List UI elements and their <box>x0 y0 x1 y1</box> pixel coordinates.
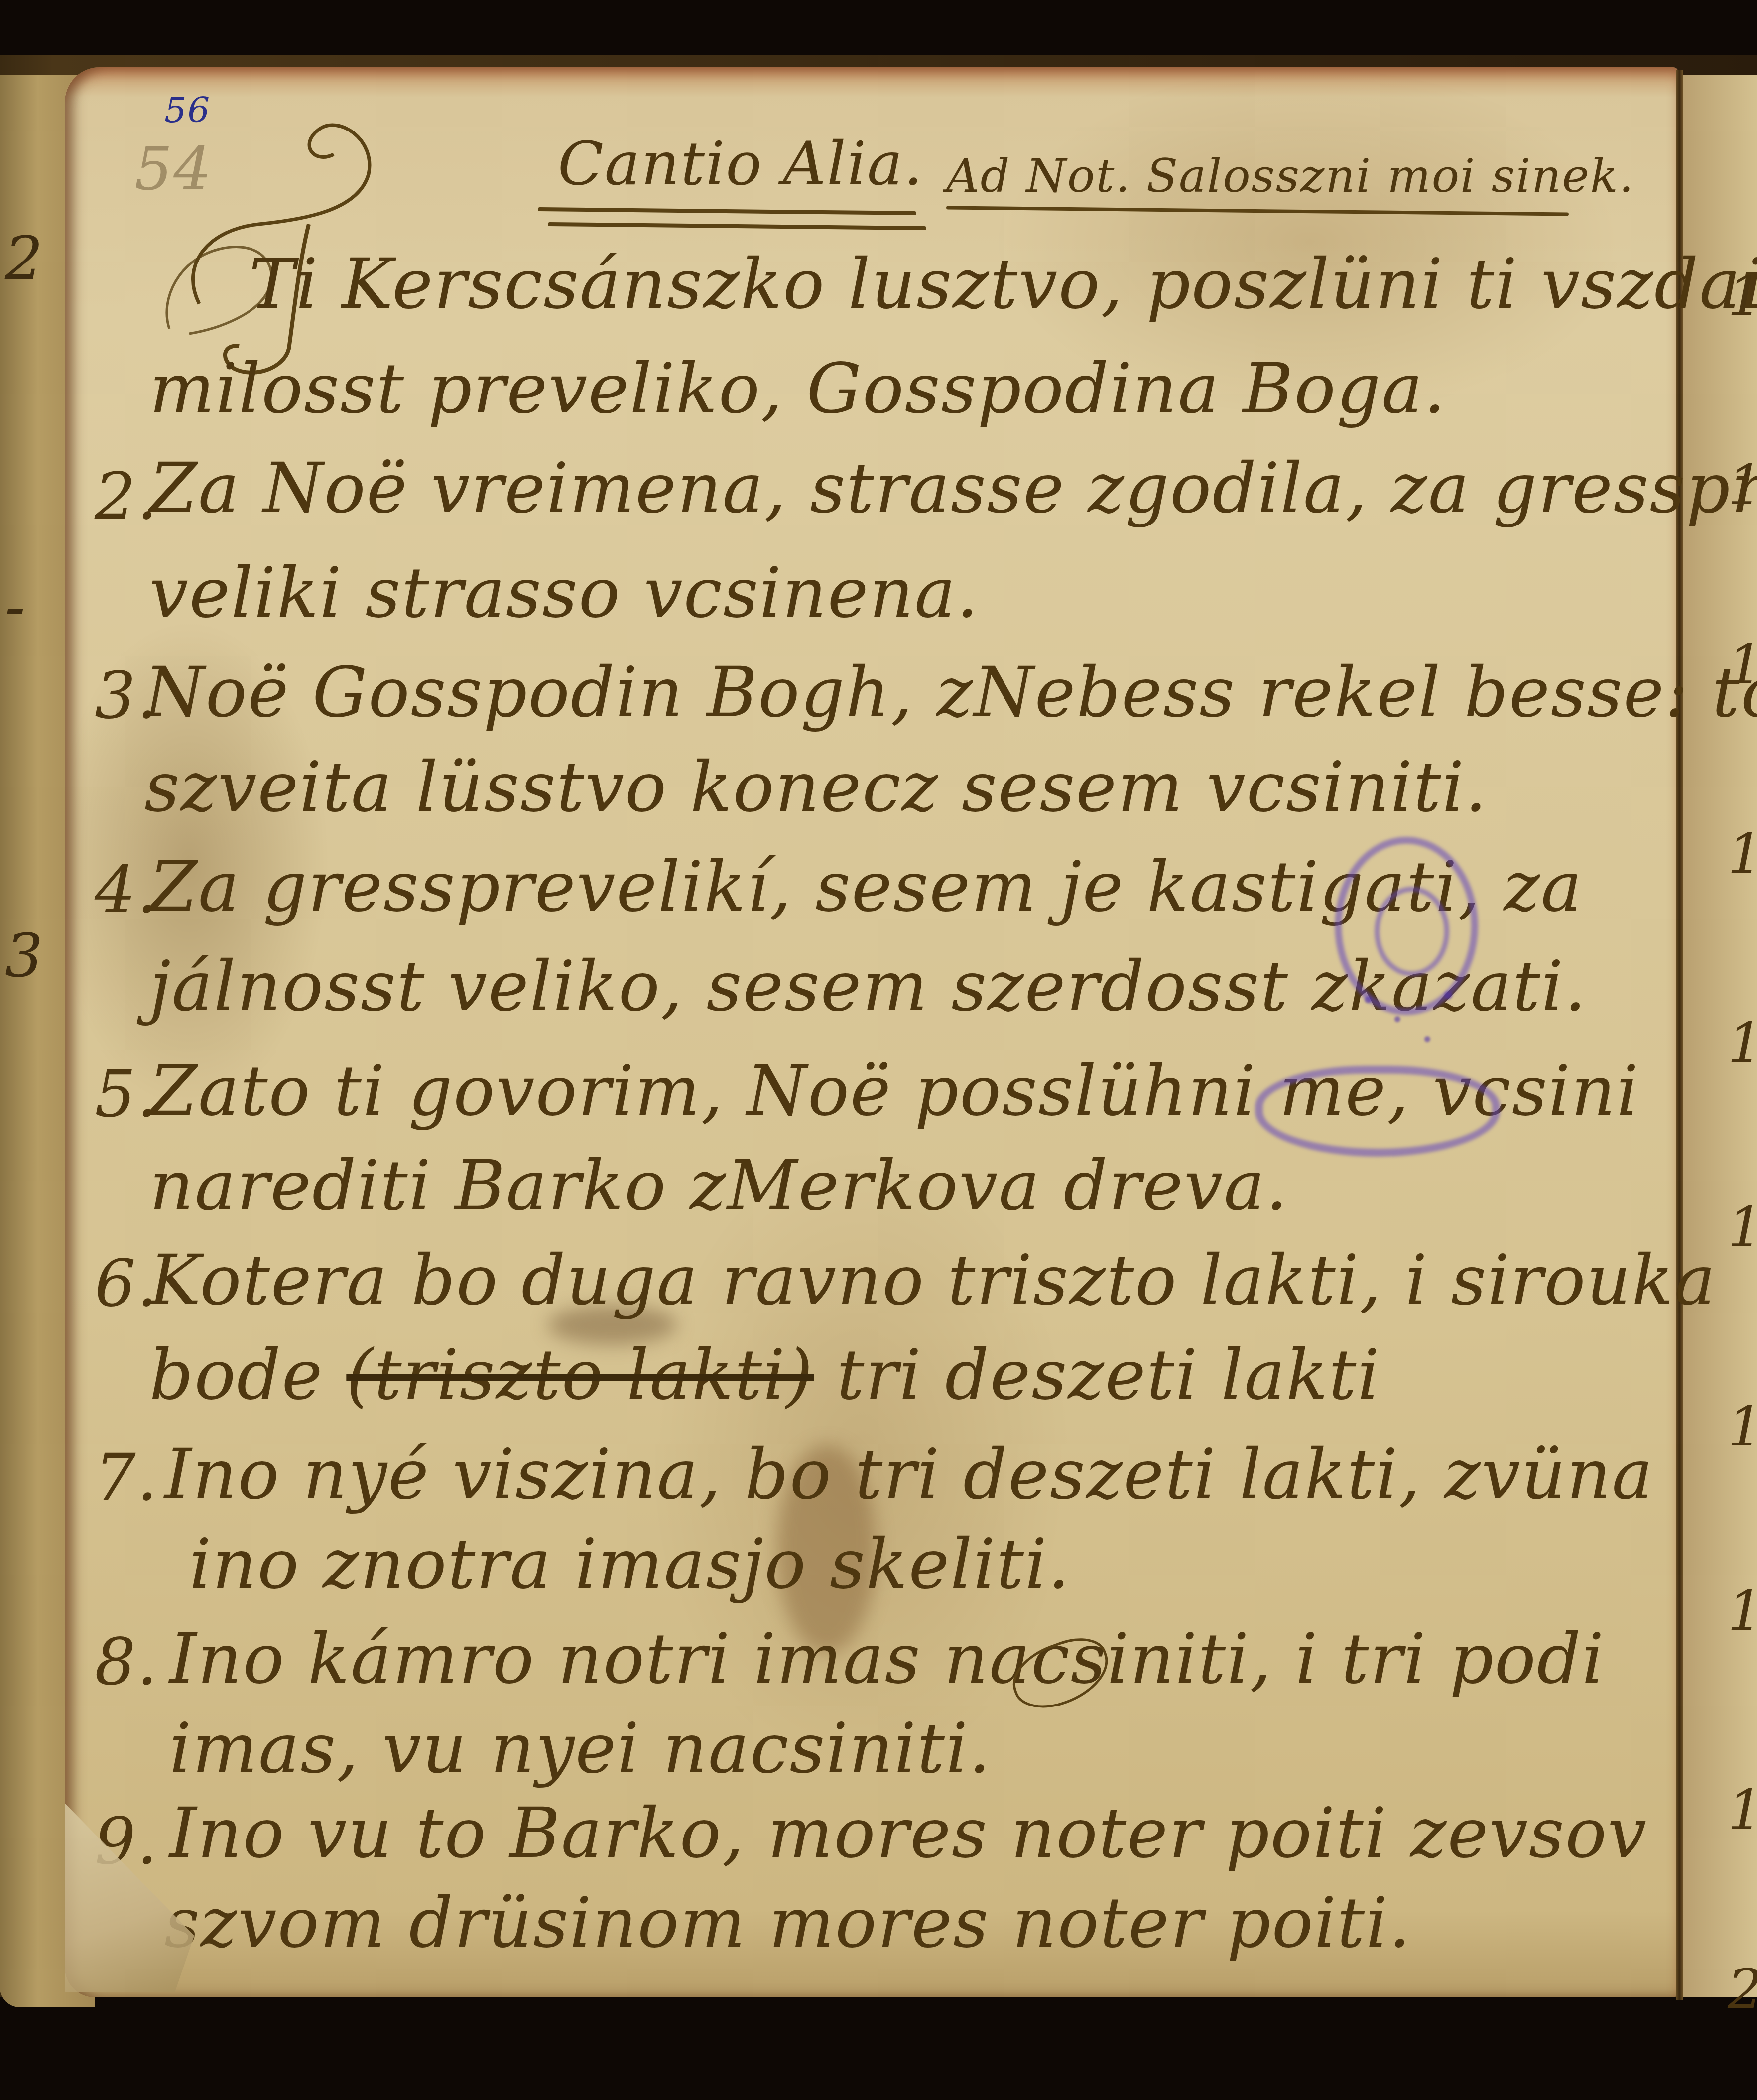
next-page-marginal-mark: 2 <box>1728 1958 1757 2021</box>
page-gutter <box>1676 70 1683 2000</box>
verse-9-line-2: szvom drüsinom mores noter poiti. <box>164 1883 1411 1963</box>
stamp-speckle <box>1394 1016 1400 1022</box>
verse-3-line-2: szveita lüsstvo konecz sesem vcsiniti. <box>144 747 1488 827</box>
previous-page-fragment: - <box>5 573 25 642</box>
verse-1-line-2: milosst preveliko, Gosspodina Boga. <box>149 349 1446 429</box>
struck-out-text: (triszto lakti) <box>346 1335 814 1415</box>
tune-note: Ad Not. Salosszni moi sinek. <box>946 149 1634 203</box>
verse-9-line-1: Ino vu to Barko, mores noter poiti zevso… <box>169 1793 1647 1873</box>
next-page-marginal-mark: 1 <box>1728 1579 1757 1643</box>
library-stamp-mark <box>1255 1066 1500 1157</box>
verse-6-line-2: bode (triszto lakti) tri deszeti lakti <box>149 1335 1380 1415</box>
next-page-marginal-mark: 1 <box>1728 1395 1757 1458</box>
verse-6-line-2-start: bode <box>149 1335 323 1415</box>
verse-2-line-2: veliki strasso vcsinena. <box>149 553 979 633</box>
next-page-marginal-mark: 1 <box>1728 1011 1757 1075</box>
verse-8-line-2: imas, vu nyei nacsiniti. <box>169 1708 992 1789</box>
verse-8-line-1: Ino kámro notri imas nacsiniti, i tri po… <box>169 1619 1605 1699</box>
next-page-edge: 1 1 1 1 1 1 1 1 1 2 <box>1683 75 1757 1997</box>
song-title: Cantio Alia. <box>558 130 924 199</box>
verse-1-line-1: Ti Kerscsánszko lusztvo, poszlüni ti vsz… <box>249 244 1757 324</box>
flourished-initial-t-icon <box>149 100 388 379</box>
verse-7-line-2: ino znotra imasjo skeliti. <box>189 1524 1071 1604</box>
verse-number: 7. <box>95 1440 158 1515</box>
stamp-speckle <box>1444 991 1452 999</box>
verse-number: 8. <box>95 1624 158 1700</box>
next-page-marginal-mark: 1 <box>1728 1778 1757 1842</box>
verse-number: 2. <box>95 458 158 534</box>
verse-5-line-2: narediti Barko zMerkova dreva. <box>149 1146 1288 1226</box>
verse-6-line-2-end: tri deszeti lakti <box>837 1335 1380 1415</box>
stamp-speckle <box>1424 1036 1430 1042</box>
verse-7-line-1: Ino nyé viszina, bo tri deszeti lakti, z… <box>164 1435 1654 1515</box>
verse-2-line-1: Za Noë vreimena, strasse zgodila, za gre… <box>149 448 1757 528</box>
stamp-speckle <box>1365 996 1372 1003</box>
library-stamp-mark <box>1375 887 1449 976</box>
next-page-marginal-mark: 1 <box>1728 1195 1757 1259</box>
verse-6-line-1: Kotera bo duga ravno triszto lakti, i si… <box>149 1240 1716 1320</box>
verse-number: 4. <box>95 852 158 927</box>
previous-page-fragment: 2 <box>5 224 43 293</box>
verse-number: 5. <box>95 1056 158 1132</box>
verse-3-line-1: Noë Gosspodin Bogh, zNebess rekel besse:… <box>144 653 1757 733</box>
next-page-marginal-mark: 1 <box>1728 822 1757 886</box>
verse-number: 6. <box>95 1245 158 1321</box>
previous-page-fragment: 3 <box>5 921 43 991</box>
